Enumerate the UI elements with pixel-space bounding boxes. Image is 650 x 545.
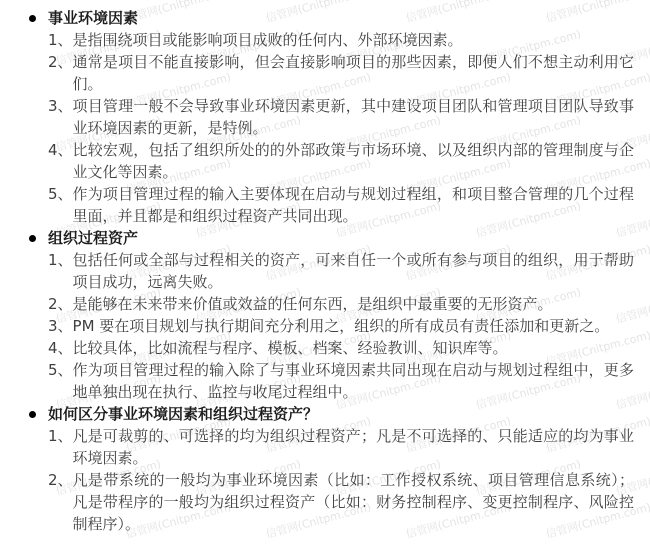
item-number: 3、 (48, 315, 73, 337)
section-organizational-process-assets: 组织过程资产 1、 包括任何或全部与过程相关的资产，可来自任一个或所有参与项目的… (0, 227, 650, 403)
section-title: 事业环境因素 (48, 9, 138, 27)
item-number: 1、 (48, 425, 73, 469)
list-item: 5、 作为项目管理过程的输入主要体现在启动与规划过程组，和项目整合管理的几个过程… (48, 183, 634, 227)
section-enterprise-environmental-factors: 事业环境因素 1、 是指围绕项目或能影响项目成败的任何内、外部环境因素。 2、 … (0, 7, 650, 227)
item-number: 2、 (48, 51, 73, 95)
item-text: 包括任何或全部与过程相关的资产，可来自任一个或所有参与项目的组织，用于帮助项目成… (73, 249, 634, 293)
section-heading: 组织过程资产 (0, 227, 650, 249)
item-number: 3、 (48, 95, 73, 139)
item-number: 1、 (48, 249, 73, 293)
item-text: 凡是可裁剪的、可选择的均为组织过程资产；凡是不可选择的、只能适应的均为事业环境因… (73, 425, 634, 469)
item-text: 作为项目管理过程的输入除了与事业环境因素共同出现在启动与规划过程组中，更多地单独… (73, 359, 634, 403)
list-item: 1、 是指围绕项目或能影响项目成败的任何内、外部环境因素。 (48, 29, 634, 51)
item-text: 比较具体，比如流程与程序、模板、档案、经验教训、知识库等。 (73, 337, 634, 359)
section-title: 如何区分事业环境因素和组织过程资产？ (48, 405, 318, 423)
item-text: 项目管理一般不会导致事业环境因素更新，其中建设项目团队和管理项目团队导致事业环境… (73, 95, 634, 139)
item-text: 凡是带系统的一般均为事业环境因素（比如：工作授权系统、项目管理信息系统）；凡是带… (73, 469, 634, 535)
list-item: 4、 比较宏观，包括了组织所处的的外部政策与市场环境、以及组织内部的管理制度与企… (48, 139, 634, 183)
list-item: 1、 包括任何或全部与过程相关的资产，可来自任一个或所有参与项目的组织，用于帮助… (48, 249, 634, 293)
document-page: 信管网(Cnitpm.com)信管网(Cnitpm.com)信管网(Cnitpm… (0, 0, 650, 545)
list-item: 2、 凡是带系统的一般均为事业环境因素（比如：工作授权系统、项目管理信息系统）；… (48, 469, 634, 535)
item-text: 作为项目管理过程的输入主要体现在启动与规划过程组，和项目整合管理的几个过程里面，… (73, 183, 634, 227)
section-title: 组织过程资产 (48, 229, 138, 247)
section-item-list: 1、 凡是可裁剪的、可选择的均为组织过程资产；凡是不可选择的、只能适应的均为事业… (0, 425, 650, 535)
section-item-list: 1、 是指围绕项目或能影响项目成败的任何内、外部环境因素。 2、 通常是项目不能… (0, 29, 650, 227)
item-number: 4、 (48, 337, 73, 359)
list-item: 4、 比较具体，比如流程与程序、模板、档案、经验教训、知识库等。 (48, 337, 634, 359)
item-number: 2、 (48, 293, 73, 315)
item-text: 是指围绕项目或能影响项目成败的任何内、外部环境因素。 (73, 29, 634, 51)
list-item: 1、 凡是可裁剪的、可选择的均为组织过程资产；凡是不可选择的、只能适应的均为事业… (48, 425, 634, 469)
list-item: 2、 是能够在未来带来价值或效益的任何东西，是组织中最重要的无形资产。 (48, 293, 634, 315)
item-number: 5、 (48, 359, 73, 403)
list-item: 3、 项目管理一般不会导致事业环境因素更新，其中建设项目团队和管理项目团队导致事… (48, 95, 634, 139)
bullet-icon (29, 411, 36, 418)
bullet-icon (29, 235, 36, 242)
section-heading: 如何区分事业环境因素和组织过程资产？ (0, 403, 650, 425)
list-item: 5、 作为项目管理过程的输入除了与事业环境因素共同出现在启动与规划过程组中，更多… (48, 359, 634, 403)
section-heading: 事业环境因素 (0, 7, 650, 29)
item-text: 通常是项目不能直接影响，但会直接影响项目的那些因素，即便人们不想主动利用它们。 (73, 51, 634, 95)
section-item-list: 1、 包括任何或全部与过程相关的资产，可来自任一个或所有参与项目的组织，用于帮助… (0, 249, 650, 403)
item-number: 5、 (48, 183, 73, 227)
section-how-to-distinguish: 如何区分事业环境因素和组织过程资产？ 1、 凡是可裁剪的、可选择的均为组织过程资… (0, 403, 650, 535)
item-text: 是能够在未来带来价值或效益的任何东西，是组织中最重要的无形资产。 (73, 293, 634, 315)
item-number: 2、 (48, 469, 73, 535)
list-item: 3、 PM 要在项目规划与执行期间充分利用之，组织的所有成员有责任添加和更新之。 (48, 315, 634, 337)
item-text: 比较宏观，包括了组织所处的的外部政策与市场环境、以及组织内部的管理制度与企业文化… (73, 139, 634, 183)
item-number: 1、 (48, 29, 73, 51)
bullet-icon (29, 15, 36, 22)
item-text: PM 要在项目规划与执行期间充分利用之，组织的所有成员有责任添加和更新之。 (73, 315, 634, 337)
item-number: 4、 (48, 139, 73, 183)
list-item: 2、 通常是项目不能直接影响，但会直接影响项目的那些因素，即便人们不想主动利用它… (48, 51, 634, 95)
notes-content: 事业环境因素 1、 是指围绕项目或能影响项目成败的任何内、外部环境因素。 2、 … (0, 0, 650, 545)
